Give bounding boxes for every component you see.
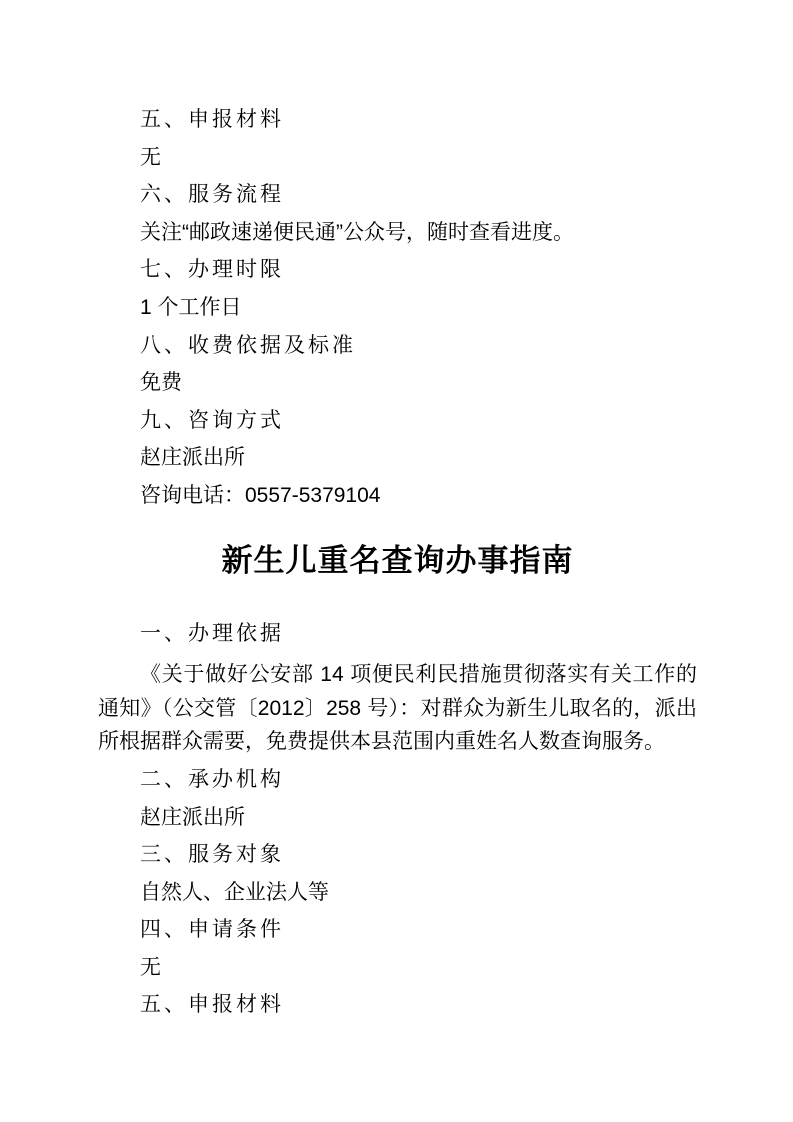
- text-processing-time-value: 1 个工作日: [98, 291, 697, 325]
- document-title: 新生儿重名查询办事指南: [98, 537, 697, 585]
- text-service-target: 自然人、企业法人等: [98, 876, 697, 910]
- heading-undertaking-agency: 二、承办机构: [98, 763, 697, 797]
- heading-application-materials-next: 五、申报材料: [98, 988, 697, 1022]
- text-application-conditions-value: 无: [98, 951, 697, 985]
- heading-application-conditions: 四、申请条件: [98, 913, 697, 947]
- text-handling-basis: 《关于做好公安部 14 项便民利民措施贯彻落实有关工作的通知》（公交管〔2012…: [98, 658, 697, 759]
- heading-consultation-method: 九、咨询方式: [98, 404, 697, 438]
- newborn-guide-body: 一、办理依据 《关于做好公安部 14 项便民利民措施贯彻落实有关工作的通知》（公…: [98, 617, 697, 1023]
- text-consultation-phone: 咨询电话：0557-5379104: [98, 479, 697, 513]
- text-application-materials-value: 无: [98, 141, 697, 175]
- heading-processing-time-limit: 七、办理时限: [98, 253, 697, 287]
- heading-service-process: 六、服务流程: [98, 178, 697, 212]
- heading-handling-basis: 一、办理依据: [98, 617, 697, 651]
- text-consultation-office: 赵庄派出所: [98, 441, 697, 475]
- previous-guide-tail: 五、申报材料 无 六、服务流程 关注“邮政速递便民通”公众号，随时查看进度。 七…: [98, 103, 697, 513]
- heading-fee-basis-standard: 八、收费依据及标准: [98, 329, 697, 363]
- heading-application-materials: 五、申报材料: [98, 103, 697, 137]
- text-service-process-value: 关注“邮政速递便民通”公众号，随时查看进度。: [98, 216, 697, 250]
- text-undertaking-agency: 赵庄派出所: [98, 801, 697, 835]
- text-fee-value: 免费: [98, 366, 697, 400]
- document-page: 五、申报材料 无 六、服务流程 关注“邮政速递便民通”公众号，随时查看进度。 七…: [0, 0, 793, 1122]
- heading-service-target: 三、服务对象: [98, 838, 697, 872]
